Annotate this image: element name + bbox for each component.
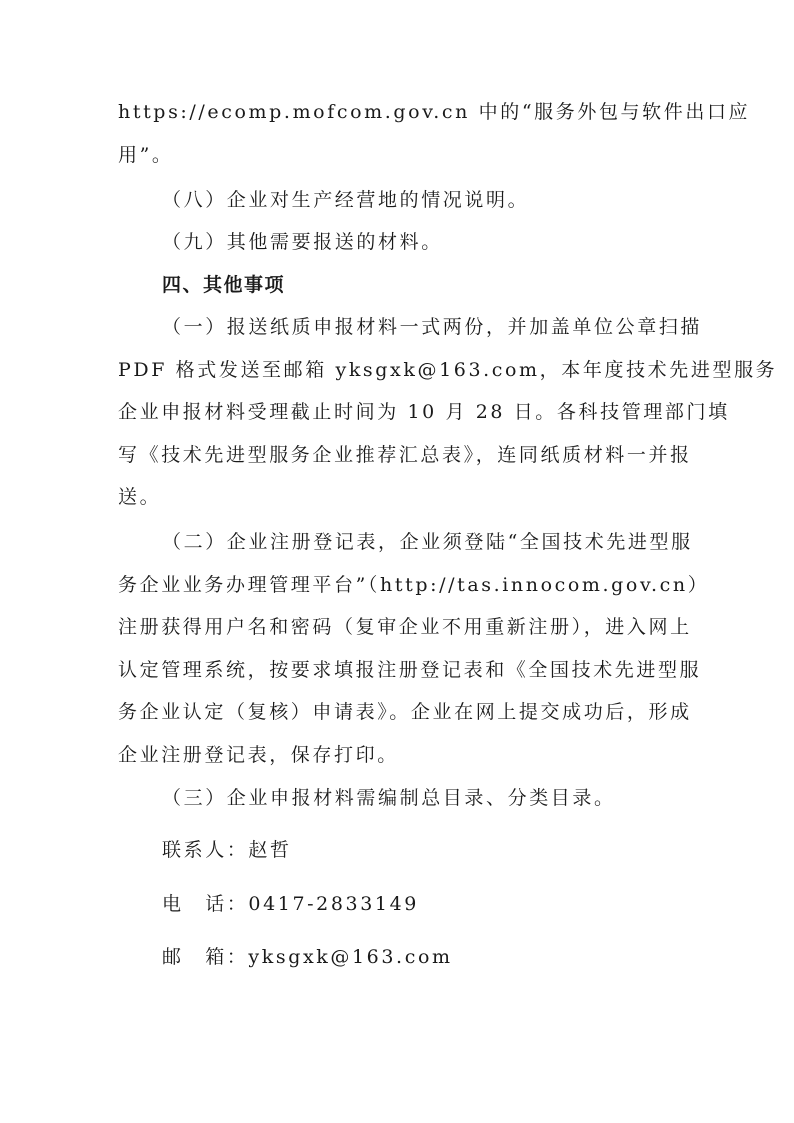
paragraph-1-line: 送。 xyxy=(118,485,161,509)
contact-phone: 电 话：0417-2833149 xyxy=(162,892,419,916)
body-line: 用”。 xyxy=(118,143,174,167)
contact-email-label: 邮 箱： xyxy=(162,946,248,968)
contact-person-label: 联系人： xyxy=(162,839,248,861)
paragraph-2-line: 注册获得用户名和密码（复审企业不用重新注册），进入网上 xyxy=(118,615,692,639)
paragraph-1-line: 写《技术先进型服务企业推荐汇总表》，连同纸质材料一并报 xyxy=(118,443,692,467)
contact-phone-label: 电 话： xyxy=(162,893,248,915)
contact-phone-value: 0417-2833149 xyxy=(248,893,419,915)
list-item-8: （八）企业对生产经营地的情况说明。 xyxy=(162,188,529,212)
paragraph-2-line: 企业注册登记表，保存打印。 xyxy=(118,743,399,767)
body-line: https://ecomp.mofcom.gov.cn 中的“服务外包与软件出口… xyxy=(118,100,750,124)
paragraph-3-line: （三）企业申报材料需编制总目录、分类目录。 xyxy=(162,786,616,810)
contact-email-value: yksgxk@163.com xyxy=(248,946,452,968)
contact-person-name: 赵哲 xyxy=(248,839,291,861)
section-heading: 四、其他事项 xyxy=(162,273,285,297)
paragraph-1-line: （一）报送纸质申报材料一式两份，并加盖单位公章扫描 xyxy=(162,315,702,339)
paragraph-1-line: 企业申报材料受理截止时间为 10 月 28 日。各科技管理部门填 xyxy=(118,400,730,424)
paragraph-1-line: PDF 格式发送至邮箱 yksgxk@163.com，本年度技术先进型服务 xyxy=(118,358,777,382)
contact-person: 联系人：赵哲 xyxy=(162,838,292,862)
paragraph-2-line: （二）企业注册登记表，企业须登陆“全国技术先进型服 xyxy=(162,530,693,554)
paragraph-2-line: 务企业认定（复核）申请表》。企业在网上提交成功后，形成 xyxy=(118,700,692,724)
list-item-9: （九）其他需要报送的材料。 xyxy=(162,230,443,254)
paragraph-2-line: 认定管理系统，按要求填报注册登记表和《全国技术先进型服 xyxy=(118,658,701,682)
contact-email: 邮 箱：yksgxk@163.com xyxy=(162,945,453,969)
paragraph-2-line: 务企业业务办理管理平台”（http://tas.innocom.gov.cn） xyxy=(118,573,709,597)
